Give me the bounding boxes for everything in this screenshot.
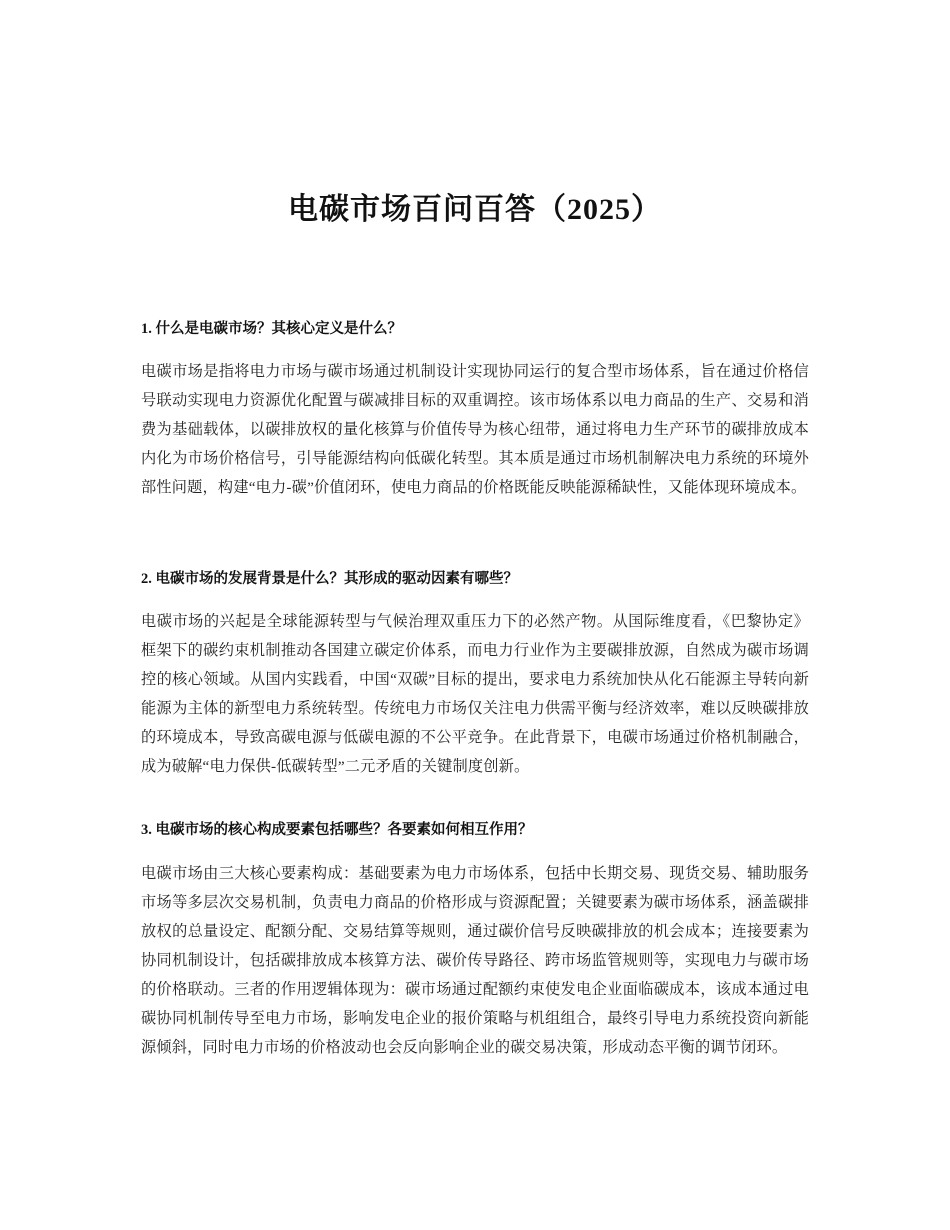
answer-paragraph-3: 电碳市场由三大核心要素构成：基础要素为电力市场体系，包括中长期交易、现货交易、辅… [141,859,809,1062]
question-heading-1: 1. 什么是电碳市场？其核心定义是什么？ [141,319,811,339]
question-heading-2: 2. 电碳市场的发展背景是什么？其形成的驱动因素有哪些？ [141,569,811,589]
answer-paragraph-2: 电碳市场的兴起是全球能源转型与气候治理双重压力下的必然产物。从国际维度看，《巴黎… [141,607,809,781]
question-heading-3: 3. 电碳市场的核心构成要素包括哪些？各要素如何相互作用？ [141,820,811,840]
document-title: 电碳市场百问百答（2025） [0,190,950,230]
answer-paragraph-1: 电碳市场是指将电力市场与碳市场通过机制设计实现协同运行的复合型市场体系，旨在通过… [141,357,809,502]
